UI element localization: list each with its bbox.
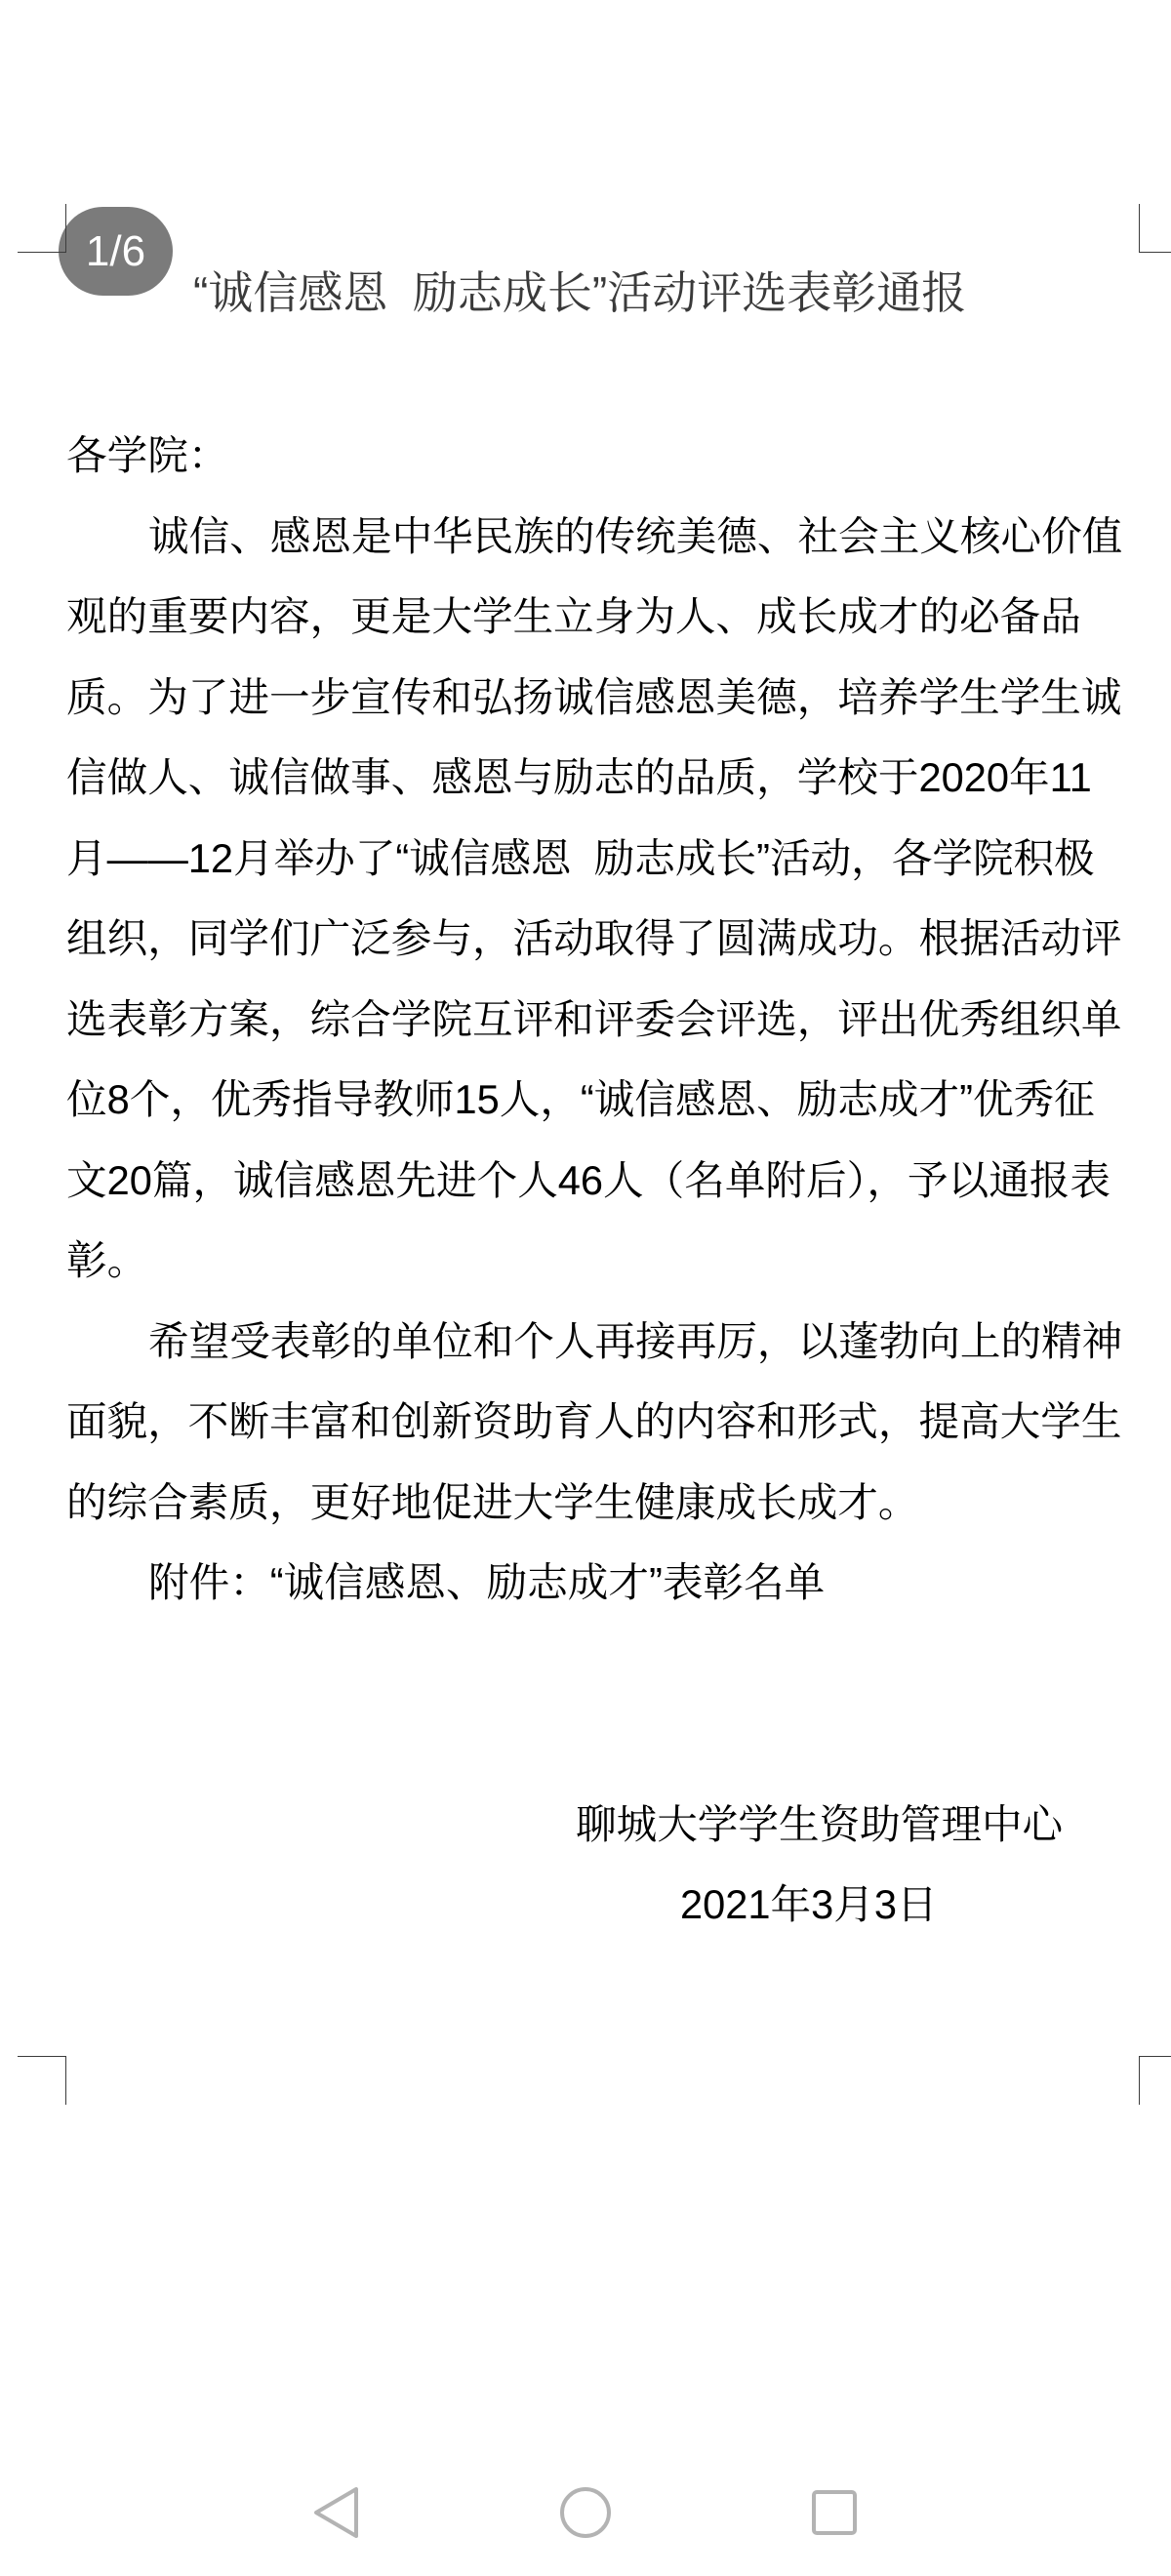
recents-square-icon bbox=[805, 2483, 864, 2542]
page-indicator-badge: 1/6 bbox=[59, 207, 173, 296]
paragraph-line: 彰。 bbox=[66, 1221, 1150, 1302]
back-triangle-icon bbox=[306, 2483, 365, 2542]
home-circle-icon bbox=[556, 2483, 615, 2542]
nav-recents-button[interactable] bbox=[805, 2483, 864, 2542]
paragraph-line: 质。为了进一步宣传和弘扬诚信感恩美德，培养学生学生诚 bbox=[66, 658, 1150, 739]
document-body: 各学院： 诚信、感恩是中华民族的传统美德、社会主义核心价值 观的重要内容，更是大… bbox=[66, 416, 1150, 1946]
paragraph-line: 信做人、诚信做事、感恩与励志的品质，学校于2020年11 bbox=[66, 738, 1150, 819]
crop-mark-top-right bbox=[1139, 204, 1171, 253]
nav-home-button[interactable] bbox=[556, 2483, 615, 2542]
document-viewer-screen: 1/6 “诚信感恩 励志成长”活动评选表彰通报 各学院： 诚信、感恩是中华民族的… bbox=[0, 0, 1171, 2576]
paragraph-line: 组织，同学们广泛参与，活动取得了圆满成功。根据活动评 bbox=[66, 899, 1150, 980]
crop-mark-bottom-left bbox=[18, 2056, 66, 2105]
signature-organization: 聊城大学学生资助管理中心 bbox=[66, 1785, 1150, 1866]
paragraph-line: 的综合素质，更好地促进大学生健康成长成才。 bbox=[66, 1463, 1150, 1544]
paragraph-line: 位8个，优秀指导教师15人，“诚信感恩、励志成才”优秀征 bbox=[66, 1060, 1150, 1141]
blank-line bbox=[66, 1704, 1150, 1785]
crop-mark-bottom-right bbox=[1139, 2056, 1171, 2105]
paragraph-line: 希望受表彰的单位和个人再接再厉，以蓬勃向上的精神 bbox=[66, 1302, 1150, 1383]
paragraph-line: 月——12月举办了“诚信感恩 励志成长”活动，各学院积极 bbox=[66, 819, 1150, 900]
blank-line bbox=[66, 1624, 1150, 1705]
nav-back-button[interactable] bbox=[306, 2483, 365, 2542]
paragraph-line: 面貌，不断丰富和创新资助育人的内容和形式，提高大学生 bbox=[66, 1382, 1150, 1463]
paragraph-line: 文20篇，诚信感恩先进个人46人（名单附后），予以通报表 bbox=[66, 1141, 1150, 1222]
salutation: 各学院： bbox=[66, 416, 1150, 497]
document-title: “诚信感恩 励志成长”活动评选表彰通报 bbox=[193, 263, 966, 322]
paragraph-1: 诚信、感恩是中华民族的传统美德、社会主义核心价值 观的重要内容，更是大学生立身为… bbox=[66, 497, 1150, 1302]
paragraph-line: 选表彰方案，综合学院互评和评委会评选，评出优秀组织单 bbox=[66, 980, 1150, 1061]
paragraph-2: 希望受表彰的单位和个人再接再厉，以蓬勃向上的精神 面貌，不断丰富和创新资助育人的… bbox=[66, 1302, 1150, 1544]
signature-date: 2021年3月3日 bbox=[66, 1865, 1150, 1946]
paragraph-line: 诚信、感恩是中华民族的传统美德、社会主义核心价值 bbox=[66, 497, 1150, 578]
crop-mark-top-left bbox=[18, 204, 66, 253]
attachment-line: 附件：“诚信感恩、励志成才”表彰名单 bbox=[66, 1543, 1150, 1624]
paragraph-line: 观的重要内容，更是大学生立身为人、成长成才的必备品 bbox=[66, 577, 1150, 658]
